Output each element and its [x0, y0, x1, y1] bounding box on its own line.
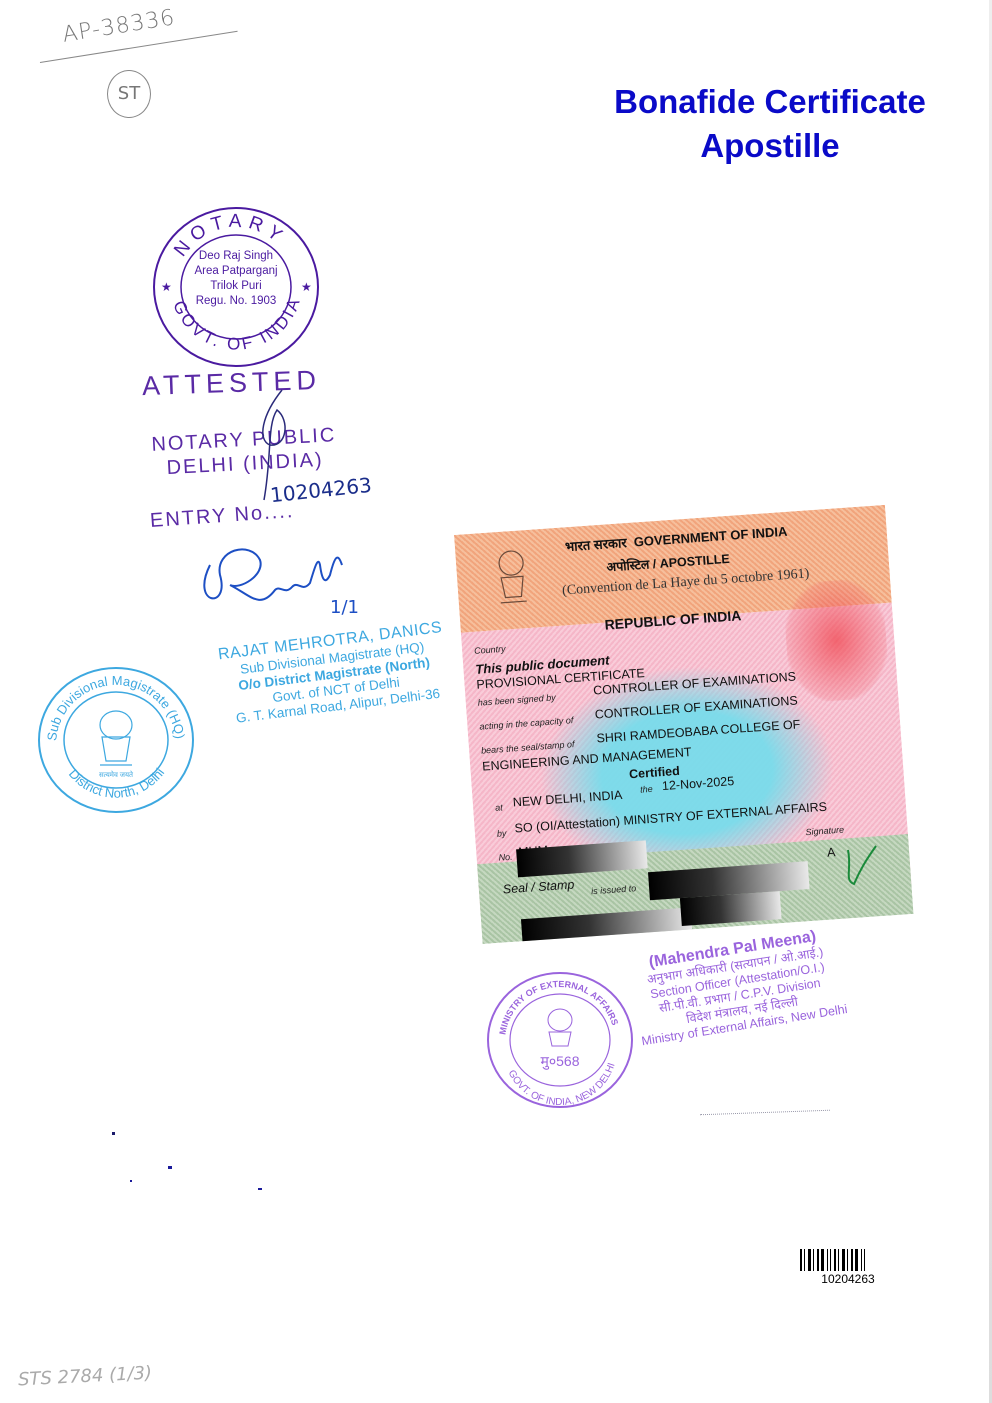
barcode-number: 10204263 [800, 1272, 896, 1286]
svg-text:Sub Divisional Magistrate (HQ): Sub Divisional Magistrate (HQ) [44, 673, 188, 742]
svg-text:सत्यमेव जयते: सत्यमेव जयते [99, 770, 134, 779]
sdm-officer-stamp: RAJAT MEHROTRA, DANICS Sub Divisional Ma… [205, 618, 463, 730]
notary-name: Deo Raj Singh [173, 249, 299, 264]
svg-text:District North, Delhi: District North, Delhi [66, 765, 167, 801]
notary-round-stamp: NOTARY GOVT. OF INDIA ★ ★ Deo Raj Singh … [151, 205, 321, 370]
notary-signature-icon [252, 385, 302, 505]
value-signature-suffix: A [827, 845, 836, 860]
document-title: Bonafide Certificate Apostille [560, 80, 980, 168]
svg-text:★: ★ [301, 280, 312, 294]
mea-round-stamp: MINISTRY OF EXTERNAL AFFAIRS GOVT. OF IN… [485, 970, 635, 1110]
notary-area: Area Patparganj [173, 264, 299, 279]
scan-specks [90, 1130, 290, 1190]
mea-officer-stamp: (Mahendra Pal Meena) अनुभाग अधिकारी (सत्… [625, 924, 852, 1049]
sdm-stamp-ring-icon: Sub Divisional Magistrate (HQ) District … [36, 665, 196, 815]
notary-public-stamp: NOTARY PUBLIC DELHI (INDIA) [151, 423, 338, 481]
barcode [800, 1249, 896, 1271]
handwritten-bottom-note: STS 2784 (1/3) [18, 1363, 153, 1391]
label-no: No. [498, 852, 513, 863]
svg-text:1/1: 1/1 [330, 597, 359, 618]
officer-signature-icon [840, 840, 880, 890]
notary-reg-no: Regu. No. 1903 [173, 294, 299, 309]
notary-locality: Trilok Puri [173, 279, 299, 294]
notary-details: Deo Raj Singh Area Patparganj Trilok Pur… [173, 249, 299, 309]
national-emblem-icon [493, 546, 531, 612]
mea-stamp-ring-icon: MINISTRY OF EXTERNAL AFFAIRS GOVT. OF IN… [485, 970, 635, 1110]
apostille-security-hologram [782, 577, 890, 704]
label-the: the [640, 784, 653, 795]
handwritten-signature-icon: 1/1 [180, 535, 370, 620]
handwritten-initials: ST [107, 70, 151, 118]
handwritten-reference: AP-38336 [61, 5, 177, 47]
svg-text:★: ★ [161, 280, 172, 294]
label-at: at [495, 802, 503, 812]
title-line-2: Apostille [560, 124, 980, 168]
dotted-line [700, 1110, 830, 1118]
label-by: by [497, 828, 507, 839]
svg-text:मु०568: मु०568 [540, 1053, 579, 1070]
title-line-1: Bonafide Certificate [560, 80, 980, 124]
sdm-round-stamp: Sub Divisional Magistrate (HQ) District … [36, 665, 196, 815]
